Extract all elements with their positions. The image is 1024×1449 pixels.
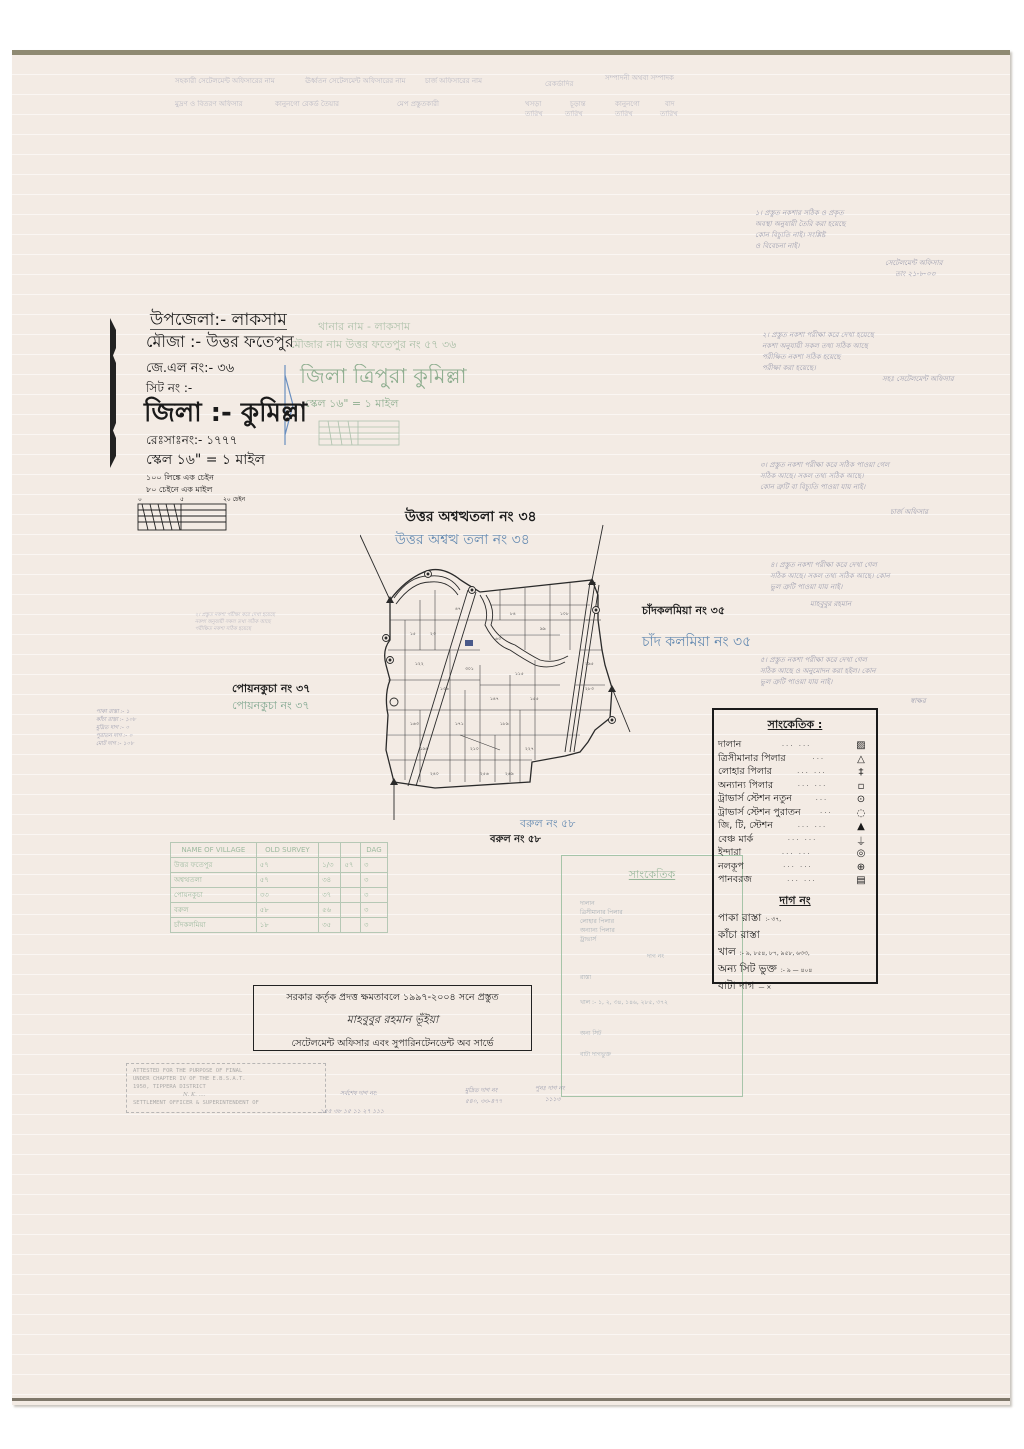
legend-item-traverse-new: ট্রাভার্স স্টেশন নতুন···⊙ [714,793,876,807]
note-line: মাহবুবুর রহমান [770,599,890,610]
old-legend-bata: বাটা দাগভুক্ত [562,1050,742,1059]
dag-label: বাটা দাগ [718,979,754,996]
table-cell: ১/৩ [319,858,341,873]
stamp-line: ATTESTED FOR THE PURPOSE OF FINAL [133,1067,319,1075]
scale-label: স্কেল ১৬" = ১ মাইল [146,453,265,467]
table-header-row: NAME OF VILLAGE OLD SURVEY DAG [171,843,388,858]
header-cell: চার্জ অফিসারের নাম [425,75,482,87]
table-row: অশ্বত্থতলা৫৭৩৪৩ [171,873,388,888]
table-cell: ৩ [360,858,387,873]
header-signature-row-3: তারিখ তারিখ তারিখ তারিখ [525,108,705,118]
svg-text:২২৭: ২২৭ [525,747,534,752]
certificate-authority-text: সরকার কর্তৃক প্রদত্ত ক্ষমতাবলে ১৯৯৭-২০০৪… [254,991,531,1006]
svg-text:২৪০: ২৪০ [430,772,439,777]
svg-text:১৮৯: ১৮৯ [500,722,509,727]
summary-item: মোট দাগ :- ১০৮ [96,740,136,748]
legend-item-well: ইন্দারা··· ···◎ [714,847,876,861]
table-cell: ৩৩ [256,888,318,903]
header-cell: তারিখ [660,108,678,120]
handwritten-note-1: ১। প্রস্তুত নকশার সঠিক ও প্রকৃত অবস্থা অ… [755,208,942,280]
legend-label: পানবরজ [718,873,752,888]
old-stamp-mouza: মৌজার নাম উত্তর ফতেপুর নং ৫৭ ৩৬ [290,336,456,355]
certificate-designation: সেটেলমেন্ট অফিসার এবং সুপারিনটেনডেন্ট অব… [254,1037,531,1052]
table-cell: ৩৭ [319,888,341,903]
south-neighbor-label: বরুল নং ৫৮ [490,832,541,849]
certificate-signature: মাহবুবুর রহমান ভূঁইয়া [254,1011,531,1030]
note-line: পরীক্ষিত নকশা সঠিক হয়েছে [195,626,275,633]
old-stamp-scale-bar [318,418,408,448]
dag-value: :- ৯ — ৪০৪ [781,965,813,976]
table-cell: ৫৭ [256,858,318,873]
note-line: সঠিক আছে ও অনুমোদন করা হইল। কোন [760,666,926,677]
svg-text:১৩৬: ১৩৬ [440,687,450,692]
header-cell: সম্পাদনী অথবা সম্পাদক [605,72,674,84]
dag-item-dirt-road: কাঁচা রাস্তা [714,928,876,945]
stamp-line: UNDER CHAPTER IV OF THE E.B.S.A.T. [133,1075,319,1083]
table-cell: ৫৬ [319,903,341,918]
dag-item-other-sheet: অন্য সিট ভুক্ত:- ৯ — ৪০৪ [714,962,876,979]
table-cell: বরুল [171,903,257,918]
table-cell: ৫৭ [341,858,360,873]
header-cell: তারিখ [525,108,543,120]
table-header: NAME OF VILLAGE [171,843,257,858]
svg-text:১২২: ১২২ [415,662,424,667]
svg-text:২৯৫: ২৯৫ [585,662,594,667]
dag-item-paved-road: পাকা রাস্তা:- ৩৭, [714,911,876,928]
table-cell: ১৮ [256,918,318,933]
table-header [319,843,341,858]
upazila-label: উপজেলা:- লাকসাম [150,312,287,330]
building-icon: ▨ [852,740,870,751]
old-legend-other: অন্য সিট [562,1029,742,1038]
mouza-label: মৌজা :- উত্তর ফতেপুর [146,334,294,350]
header-signature-row-1: সহকারী সেটেলমেন্ট অফিসারের নাম ঊর্ধ্বতন … [175,75,695,87]
stamp-line: SETTLEMENT OFFICER & SUPERINTENDENT OF [133,1099,319,1107]
note-line: সঠিক আছে। সকল তথ্য সঠিক আছে। কোন [770,571,890,582]
note-line: নকশা অনুযায়ী সকল তথ্য সঠিক আছে [195,619,275,626]
printed-dag-label: মুদ্রিত দাগ নং [465,1085,497,1096]
svg-text:২৫৬: ২৫৬ [480,772,490,777]
note-line: কোন বিচ্যুতি নাই। সংশ্লিষ্ট [755,230,942,241]
header-cell: ঊর্ধ্বতন সেটেলমেন্ট অফিসারের নাম [305,75,405,87]
sheet-bottom-edge [12,1398,1010,1401]
old-stamp-zila: জিলা ত্রিপুরা কুমিল্লা [300,360,467,395]
dag-value: — × [758,984,771,991]
table-cell: ৫৭ [256,873,318,888]
note-line: সঠিক আছে। সকল তথ্য সঠিক আছে। [760,471,928,482]
note-line: সেটেলমেন্ট অফিসার [755,258,942,269]
legend-item-traverse-old: ট্রাভার্স স্টেশন পুরাতন···◌ [714,807,876,821]
table-header: OLD SURVEY [256,843,318,858]
legend-item-building: দালান··· ···▨ [714,739,876,753]
betel-garden-icon: ▤ [852,875,870,886]
jl-number: জে.এল নং:- ৩৬ [146,362,234,375]
handwritten-note-2: ২। প্রস্তুত নকশা পরীক্ষা করে দেখা হয়েছে… [762,330,954,385]
table-cell: অশ্বত্থতলা [171,873,257,888]
left-summary-list: পাকা রাস্তা :- ১ কাঁচা রাস্তা :- ১০৮ মুদ… [96,708,136,748]
table-cell: ৩৪ [319,873,341,888]
note-line: নকশা অনুযায়ী সকল তথ্য সঠিক আছে [762,341,954,352]
dag-item-split-plot: বাটা দাগ— × [714,979,876,996]
handwritten-note-4: ৪। প্রস্তুত নকশা পরীক্ষা করে দেখা গেল সঠ… [770,560,890,610]
svg-text:১৫: ১৫ [410,632,416,637]
note-line: স্বাক্ষর [760,696,926,707]
table-row: চাঁদকলমিয়া১৮৩৫৩ [171,918,388,933]
note-line: পরীক্ষা করা হয়েছে। [762,363,954,374]
table-cell [341,903,360,918]
table-cell: উত্তর ফতেপুর [171,858,257,873]
legend-item-other-pillar: অন্যান্য পিলার··· ···▫ [714,780,876,794]
stamp-line: 1950, TIPPERA DISTRICT [133,1083,319,1091]
scale-bar-graphic [130,502,230,532]
old-stamp-thana: থানার নাম - লাকসাম [318,318,410,337]
svg-text:৪৭: ৪৭ [455,607,461,612]
legend-item-iron-pillar: লোহার পিলার··· ···‡ [714,766,876,780]
summary-item: মুদ্রিত দাগ :- ০ [96,724,136,732]
table-cell: ৩ [360,918,387,933]
zila-label: জিলা :- কুমিল্লা [144,400,307,426]
handwritten-note-3: ৩। প্রস্তুত নকশা পরীক্ষা করে সঠিক পাওয়া… [760,460,928,518]
table-cell: ৩৫ [319,918,341,933]
tubewell-icon: ⊕ [852,862,870,873]
note-line: ২। প্রস্তুত নকশা পরীক্ষা করে দেখা হয়েছে [762,330,954,341]
stamp-line: N. K. .... [133,1091,319,1099]
table-row: বরুল৫৮৫৬৩ [171,903,388,918]
table-row: উত্তর ফতেপুর৫৭১/৩৫৭৩ [171,858,388,873]
svg-text:১৪৭: ১৪৭ [490,697,499,702]
dag-label: খাল [718,945,736,962]
svg-text:২৬৯: ২৬৯ [505,772,514,777]
svg-text:১৯৮: ১৯৮ [420,747,430,752]
scale-bar: ০ ৫ ২০ চেইন [130,500,230,540]
legend-item-gt-station: জি, টি, স্টেশন··· ···▲ [714,820,876,834]
attestation-stamp: ATTESTED FOR THE PURPOSE OF FINAL UNDER … [126,1063,326,1113]
note-line: ১। প্রস্তুত নকশার সঠিক ও প্রকৃত [755,208,942,219]
table-header [341,843,360,858]
note-line: পরীক্ষিত নকশা সঠিক হয়েছে [762,352,954,363]
re-dag-value: ১১১৩ [545,1094,561,1105]
table-row: পোয়নকুচা৩৩৩৭৩ [171,888,388,903]
table-cell: ৩ [360,888,387,903]
note-line: ৪। প্রস্তুত নকশা পরীক্ষা করে দেখা গেল [770,560,890,571]
svg-text:৯৯: ৯৯ [540,627,546,632]
header-cell: কানুনগো রেকর্ড তৈয়ার [275,98,339,110]
sheet-number: সিট নং :- [146,382,192,394]
note-line: ভুল ত্রুটি পাওয়া যায় নাই। [770,582,890,593]
title-block-bracket [110,318,116,468]
svg-text:১৭১: ১৭১ [455,722,464,727]
well-icon: ◎ [852,848,870,859]
triangle-icon: △ [852,754,870,765]
printed-dag-value: ৫৪০, ৩৩-৪৭৭ [465,1096,502,1107]
dag-label: কাঁচা রাস্তা [718,928,760,945]
preparation-certificate: সরকার কর্তৃক প্রদত্ত ক্ষমতাবলে ১৯৯৭-২০০৪… [253,985,532,1051]
last-dag-label: সর্বশেষ দাগ নং: [340,1088,377,1099]
faint-map-note: ২। প্রস্তুত নকশা পরীক্ষা করে দেখা হয়েছে… [195,612,275,633]
svg-text:১১৫: ১১৫ [515,672,524,677]
square-icon: ▫ [852,781,870,792]
dag-number-heading: দাগ নং [714,892,876,911]
header-cell: মুদ্রণ ও বিতরণ অফিসার [175,98,243,110]
dag-label: পাকা রাস্তা [718,911,761,928]
table-cell [341,888,360,903]
svg-text:৮৪: ৮৪ [510,612,516,617]
note-line: চার্জ অফিসার [760,507,928,518]
note-line: অবস্থা অনুযায়ী তৈরি করা হয়েছে [755,219,942,230]
svg-text:৬৩: ৬৩ [495,637,502,642]
header-cell: তারিখ [565,108,583,120]
handwritten-note-5: ৫। প্রস্তুত নকশা পরীক্ষা করে দেখা গেল সঠ… [760,655,926,707]
east-neighbor-old-label: চাঁদ কলমিয়া নং ৩৫ [642,630,751,654]
note-line: ২। প্রস্তুত নকশা পরীক্ষা করে দেখা হয়েছে [195,612,275,619]
note-line: ৩। প্রস্তুত নকশা পরীক্ষা করে সঠিক পাওয়া… [760,460,928,471]
table-cell: ৩ [360,873,387,888]
re-dag-label: পুনঃ দাগ নং [535,1083,565,1094]
svg-text:১০৮: ১০৮ [560,612,570,617]
table-cell: ৩ [360,903,387,918]
old-stamp-scale: স্কেল ১৬" = ১ মাইল [305,395,399,414]
legend-item-betel-garden: পানবরজ··· ···▤ [714,874,876,888]
header-cell: রেকর্ডাদির [545,78,573,90]
note-line: ৫। প্রস্তুত নকশা পরীক্ষা করে দেখা গেল [760,655,926,666]
svg-text:৩০১: ৩০১ [465,667,474,672]
note-line: ভুল ত্রুটি পাওয়া যায় নাই। [760,677,926,688]
table-cell: ৫৮ [256,903,318,918]
note-line: সহঃ সেটেলমেন্ট অফিসার [762,374,954,385]
dag-item-canal: খাল:- ৯, ৮৫৪, ৮৭, ৯৫৮, ৬৩৩, [714,945,876,962]
old-survey-table: NAME OF VILLAGE OLD SURVEY DAG উত্তর ফতে… [170,842,388,933]
legend-title: সাংকেতিক : [714,716,876,735]
dashed-circle-icon: ◌ [852,808,870,819]
note-line: ও বিবেচনা নাই। [755,241,942,252]
table-cell [341,873,360,888]
summary-item: পুরাতন দাগ :- ০ [96,732,136,740]
circle-dot-icon: ⊙ [852,794,870,805]
summary-item: কাঁচা রাস্তা :- ১০৮ [96,716,136,724]
map-legend: সাংকেতিক : দালান··· ···▨ ত্রিসীমানার পিল… [712,708,878,984]
bench-mark-icon: ⏚ [852,833,870,848]
header-cell: তারিখ [615,108,633,120]
dag-value: :- ৯, ৮৫৪, ৮৭, ৯৫৮, ৬৩৩, [740,948,810,959]
east-neighbor-label: চাঁদকলমিয়া নং ৩৫ [642,602,725,621]
table-header: DAG [360,843,387,858]
filled-triangle-icon: ▲ [852,821,870,832]
svg-text:২১০: ২১০ [470,747,479,752]
iron-pillar-icon: ‡ [852,767,870,778]
svg-text:২৩: ২৩ [430,632,437,637]
last-dag-value: ১৫৫ ৩৮ ১৫ ১১ ২৭ ১১১ [320,1106,384,1117]
chain-note-links: ১০০ লিঙ্কে এক চেইন [146,474,214,482]
legend-item-bench-mark: বেঞ্চ মার্ক··· ···⏚ [714,834,876,848]
dag-value: :- ৩৭, [765,914,781,925]
table-cell [341,918,360,933]
note-line: কোন ত্রুটি বা বিচ্যুতি পাওয়া যায় নাই। [760,482,928,493]
table-cell: চাঁদকলমিয়া [171,918,257,933]
note-line: তাং ২১-৮-০৩ [755,269,942,280]
legend-item-tri-junction-pillar: ত্রিসীমানার পিলার···△ [714,753,876,767]
svg-text:১৫৫: ১৫৫ [530,697,539,702]
header-cell: মেপ প্রস্তুতকারী [397,98,439,110]
dag-label: অন্য সিট ভুক্ত [718,962,777,979]
table-cell: পোয়নকুচা [171,888,257,903]
mouza-map[interactable]: ১৫২৩৪৭ ৬৩৮৪৯৯ ১০৮১১৫১২২ ১৩৬১৪৭১৫৫ ১৬৩১৭১… [360,490,640,820]
west-neighbor-old-label: পোয়নকুচা নং ৩৭ [232,697,310,716]
summary-item: পাকা রাস্তা :- ১ [96,708,136,716]
registration-number: রেঃসাঃনং:- ১৭৭৭ [146,434,237,446]
chain-note-mile: ৮০ চেইনে এক মাইল [146,486,212,494]
header-cell: সহকারী সেটেলমেন্ট অফিসারের নাম [175,75,275,87]
svg-text:২৮৩: ২৮৩ [585,687,595,692]
old-legend-khal: খাল :- ১, ২, ৩৪, ১৪৬, ২৮৫, ৩৭২ [562,998,742,1007]
legend-item-tubewell: নলকূপ··· ···⊕ [714,861,876,875]
svg-text:১৬৩: ১৬৩ [410,722,420,727]
